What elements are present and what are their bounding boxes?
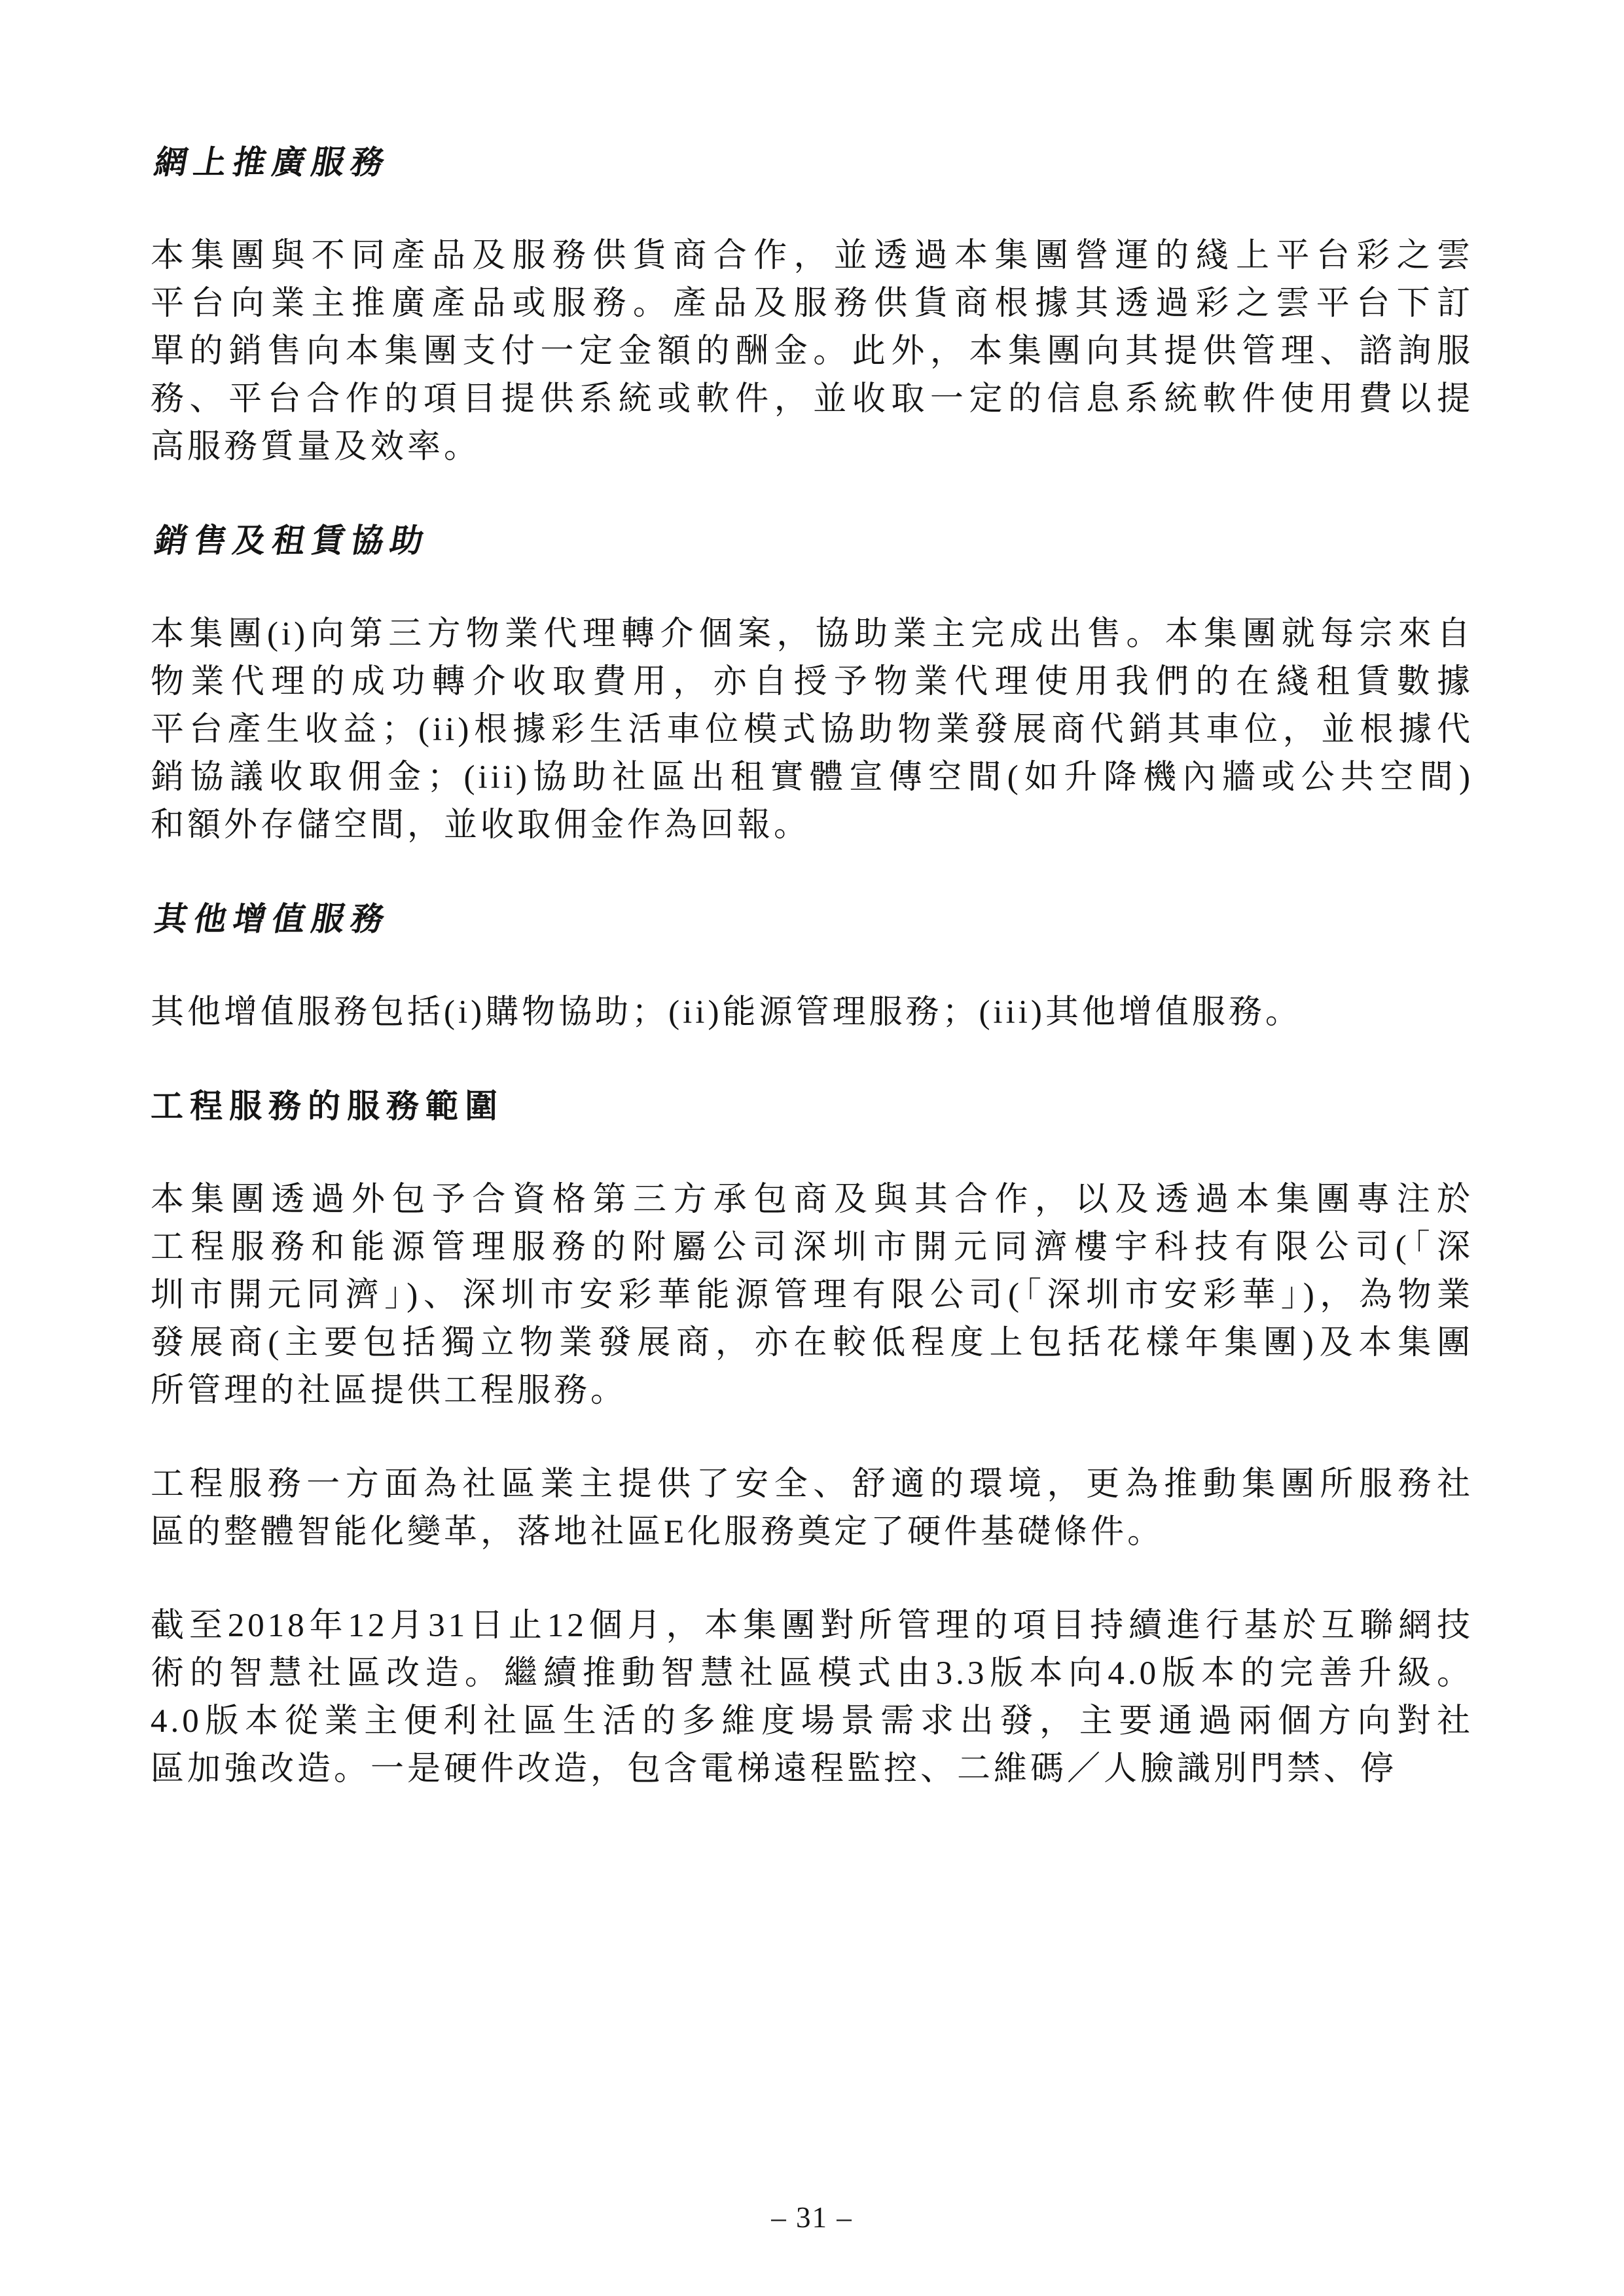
section-heading-text: 銷售及租賃協助 (151, 517, 434, 565)
page-number: – 31 – (0, 2200, 1624, 2234)
text-line: 平台產生收益；(ii)根據彩生活車位模式協助物業發展商代銷其車位，並根據代 (151, 706, 1473, 754)
section-heading: 網上推廣服務 (151, 139, 1473, 187)
document-page: 網上推廣服務本集團與不同產品及服務供貨商合作，並透過本集團營運的綫上平台彩之雲平… (0, 0, 1624, 2296)
section-heading-text: 其他增值服務 (151, 895, 395, 943)
text-line: 4.0版本從業主便利社區生活的多維度場景需求出發，主要通過兩個方向對社 (151, 1698, 1473, 1746)
text-line: 本集團透過外包予合資格第三方承包商及與其合作，以及透過本集團專注於 (151, 1176, 1473, 1224)
text-line: 圳市開元同濟」)、深圳市安彩華能源管理有限公司(「深圳市安彩華」)，為物業 (151, 1272, 1473, 1319)
section-heading-text: 工程服務的服務範圍 (151, 1083, 504, 1130)
section-heading: 其他增值服務 (151, 895, 1473, 943)
text-line: 物業代理的成功轉介收取費用，亦自授予物業代理使用我們的在綫租賃數據 (151, 658, 1473, 706)
section-heading-text: 網上推廣服務 (151, 139, 395, 187)
paragraph: 其他增值服務包括(i)購物協助；(ii)能源管理服務；(iii)其他增值服務。 (151, 989, 1473, 1037)
text-line: 高服務質量及效率。 (151, 423, 1473, 471)
section-heading: 銷售及租賃協助 (151, 517, 1473, 565)
text-line: 本集團與不同產品及服務供貨商合作，並透過本集團營運的綫上平台彩之雲 (151, 232, 1473, 280)
text-line: 平台向業主推廣產品或服務。產品及服務供貨商根據其透過彩之雲平台下訂 (151, 280, 1473, 328)
text-line: 銷協議收取佣金；(iii)協助社區出租實體宣傳空間(如升降機內牆或公共空間) (151, 754, 1473, 802)
text-line: 和額外存儲空間，並收取佣金作為回報。 (151, 802, 1473, 850)
paragraph: 本集團(i)向第三方物業代理轉介個案，協助業主完成出售。本集團就每宗來自物業代理… (151, 611, 1473, 850)
section-heading: 工程服務的服務範圍 (151, 1083, 1473, 1130)
text-line: 工程服務和能源管理服務的附屬公司深圳市開元同濟樓宇科技有限公司(「深 (151, 1224, 1473, 1272)
document-content: 網上推廣服務本集團與不同產品及服務供貨商合作，並透過本集團營運的綫上平台彩之雲平… (151, 139, 1473, 1839)
paragraph: 本集團與不同產品及服務供貨商合作，並透過本集團營運的綫上平台彩之雲平台向業主推廣… (151, 232, 1473, 471)
text-line: 發展商(主要包括獨立物業發展商，亦在較低程度上包括花樣年集團)及本集團 (151, 1319, 1473, 1367)
text-line: 截至2018年12月31日止12個月，本集團對所管理的項目持續進行基於互聯網技 (151, 1602, 1473, 1650)
text-line: 術的智慧社區改造。繼續推動智慧社區模式由3.3版本向4.0版本的完善升級。 (151, 1650, 1473, 1698)
text-line: 本集團(i)向第三方物業代理轉介個案，協助業主完成出售。本集團就每宗來自 (151, 611, 1473, 658)
paragraph: 本集團透過外包予合資格第三方承包商及與其合作，以及透過本集團專注於工程服務和能源… (151, 1176, 1473, 1415)
text-line: 所管理的社區提供工程服務。 (151, 1367, 1473, 1415)
text-line: 務、平台合作的項目提供系統或軟件，並收取一定的信息系統軟件使用費以提 (151, 376, 1473, 423)
text-line: 區加強改造。一是硬件改造，包含電梯遠程監控、二維碼／人臉識別門禁、停 (151, 1746, 1473, 1793)
text-line: 工程服務一方面為社區業主提供了安全、舒適的環境，更為推動集團所服務社 (151, 1461, 1473, 1509)
text-line: 單的銷售向本集團支付一定金額的酬金。此外，本集團向其提供管理、諮詢服 (151, 328, 1473, 376)
paragraph: 工程服務一方面為社區業主提供了安全、舒適的環境，更為推動集團所服務社區的整體智能… (151, 1461, 1473, 1556)
text-line: 區的整體智能化變革，落地社區E化服務奠定了硬件基礎條件。 (151, 1509, 1473, 1556)
text-line: 其他增值服務包括(i)購物協助；(ii)能源管理服務；(iii)其他增值服務。 (151, 989, 1473, 1037)
paragraph: 截至2018年12月31日止12個月，本集團對所管理的項目持續進行基於互聯網技術… (151, 1602, 1473, 1793)
